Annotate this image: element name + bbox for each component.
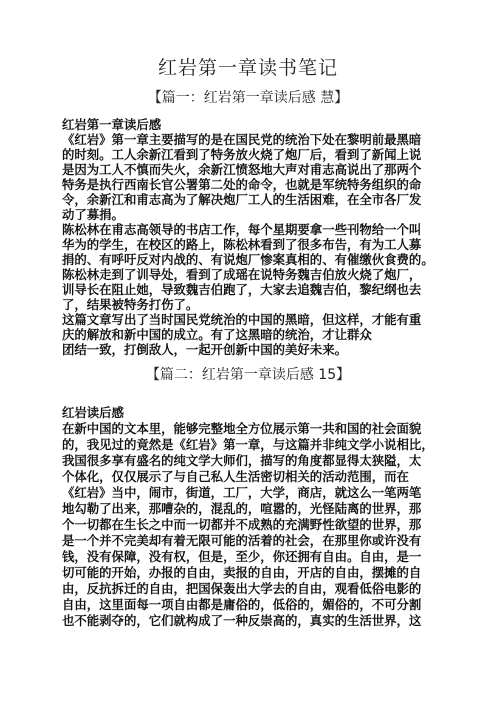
section2-subtitle: 红岩读后感 [62, 405, 442, 420]
paragraph-line: 《红岩》当中，闹市，街道，工厂，大学，商店，就这么一笔两笔 [62, 485, 442, 500]
section2-heading: 【篇二：红岩第一章读后感 15】 [0, 366, 496, 384]
paragraph-line: 个体化，仅仅展示了与自己私人生活密切相关的活动范围，而在 [62, 469, 442, 484]
paragraph-line: 我国很多享有盛名的纯文学大师们，描写的角度都显得太狭隘，太 [62, 453, 442, 468]
paragraph-line: 的，我见过的竟然是《红岩》第一章，与这篇并非纯文学小说相比， [62, 437, 442, 452]
paragraph-line: 自由，这里面每一项自由都是庸俗的，低俗的，媚俗的，不可分割 [62, 597, 442, 612]
paragraph-line: 切可能的开始，办报的自由，卖报的自由，开店的自由，摆摊的自 [62, 565, 442, 580]
paragraph-line: 华为的学生，在校区的路上，陈松林看到了很多布告，有为工人募 [62, 237, 442, 252]
paragraph-line: 也不能剥夺的，它们就构成了一种反崇高的，真实的生活世界，这 [62, 613, 442, 628]
paragraph-line: 了，结果被特务打伤了。 [62, 297, 442, 312]
paragraph-line: 令，余新江和甫志高为了解决炮厂工人的生活困难，在全市各厂发 [62, 192, 442, 207]
paragraph-line: 捐的、有呼吁反对内战的、有说炮厂惨案真相的、有催缴伙食费的。 [62, 252, 442, 267]
paragraph-line: 特务是执行西南长官公署第二处的命令，也就是军统特务组织的命 [62, 177, 442, 192]
paragraph-line: 庆的解放和新中国的成立。有了这黑暗的统治，才让群众 [62, 327, 442, 342]
paragraph-line: 陈松林走到了训导处，看到了成瑶在说特务魏吉伯放火烧了炮厂， [62, 267, 442, 282]
document-title: 红岩第一章读书笔记 [0, 56, 496, 80]
paragraph-line: 钱，没有保障，没有权，但是，至少，你还拥有自由。自由，是一 [62, 549, 442, 564]
paragraph-line: 的时刻。工人余新江看到了特务放火烧了炮厂后，看到了新闻上说 [62, 147, 442, 162]
paragraph-line: 《红岩》第一章主要描写的是在国民党的统治下处在黎明前最黑暗 [62, 132, 442, 147]
paragraph-line: 地勾勒了出来，那嘈杂的，混乱的，喧嚣的，光怪陆离的世界，那 [62, 501, 442, 516]
paragraph-line: 是一个并不完美却有着无限可能的活着的社会，在那里你或许没有 [62, 533, 442, 548]
paragraph-line: 动了募捐。 [62, 207, 442, 222]
paragraph-line: 在新中国的文本里，能够完整地全方位展示第一共和国的社会面貌 [62, 421, 442, 436]
section1-heading: 【篇一：红岩第一章读后感 慧】 [0, 89, 496, 107]
paragraph-line: 这篇文章写出了当时国民党统治的中国的黑暗，但这样，才能有重 [62, 312, 442, 327]
paragraph-line: 由，反抗拆迁的自由，把国保轰出大学去的自由，观看低俗电影的 [62, 581, 442, 596]
paragraph-line: 训导长在阻止她，导致魏吉伯跑了，大家去追魏吉伯，黎纪纲也去 [62, 282, 442, 297]
paragraph-line: 是因为工人不慎而失火，余新江愤怒地大声对甫志高说出了那两个 [62, 162, 442, 177]
paragraph-line: 团结一致，打倒敌人，一起开创新中国的美好未来。 [62, 342, 442, 357]
paragraph-line: 个一切都在生长之中而一切都并不成熟的充满野性欲望的世界，那 [62, 517, 442, 532]
paragraph-line: 陈松林在甫志高领导的书店工作，每个星期要拿一些刊物给一个叫 [62, 222, 442, 237]
document-page: 红岩第一章读书笔记 【篇一：红岩第一章读后感 慧】 红岩第一章读后感 《红岩》第… [0, 0, 496, 702]
section1-subtitle: 红岩第一章读后感 [62, 117, 442, 132]
